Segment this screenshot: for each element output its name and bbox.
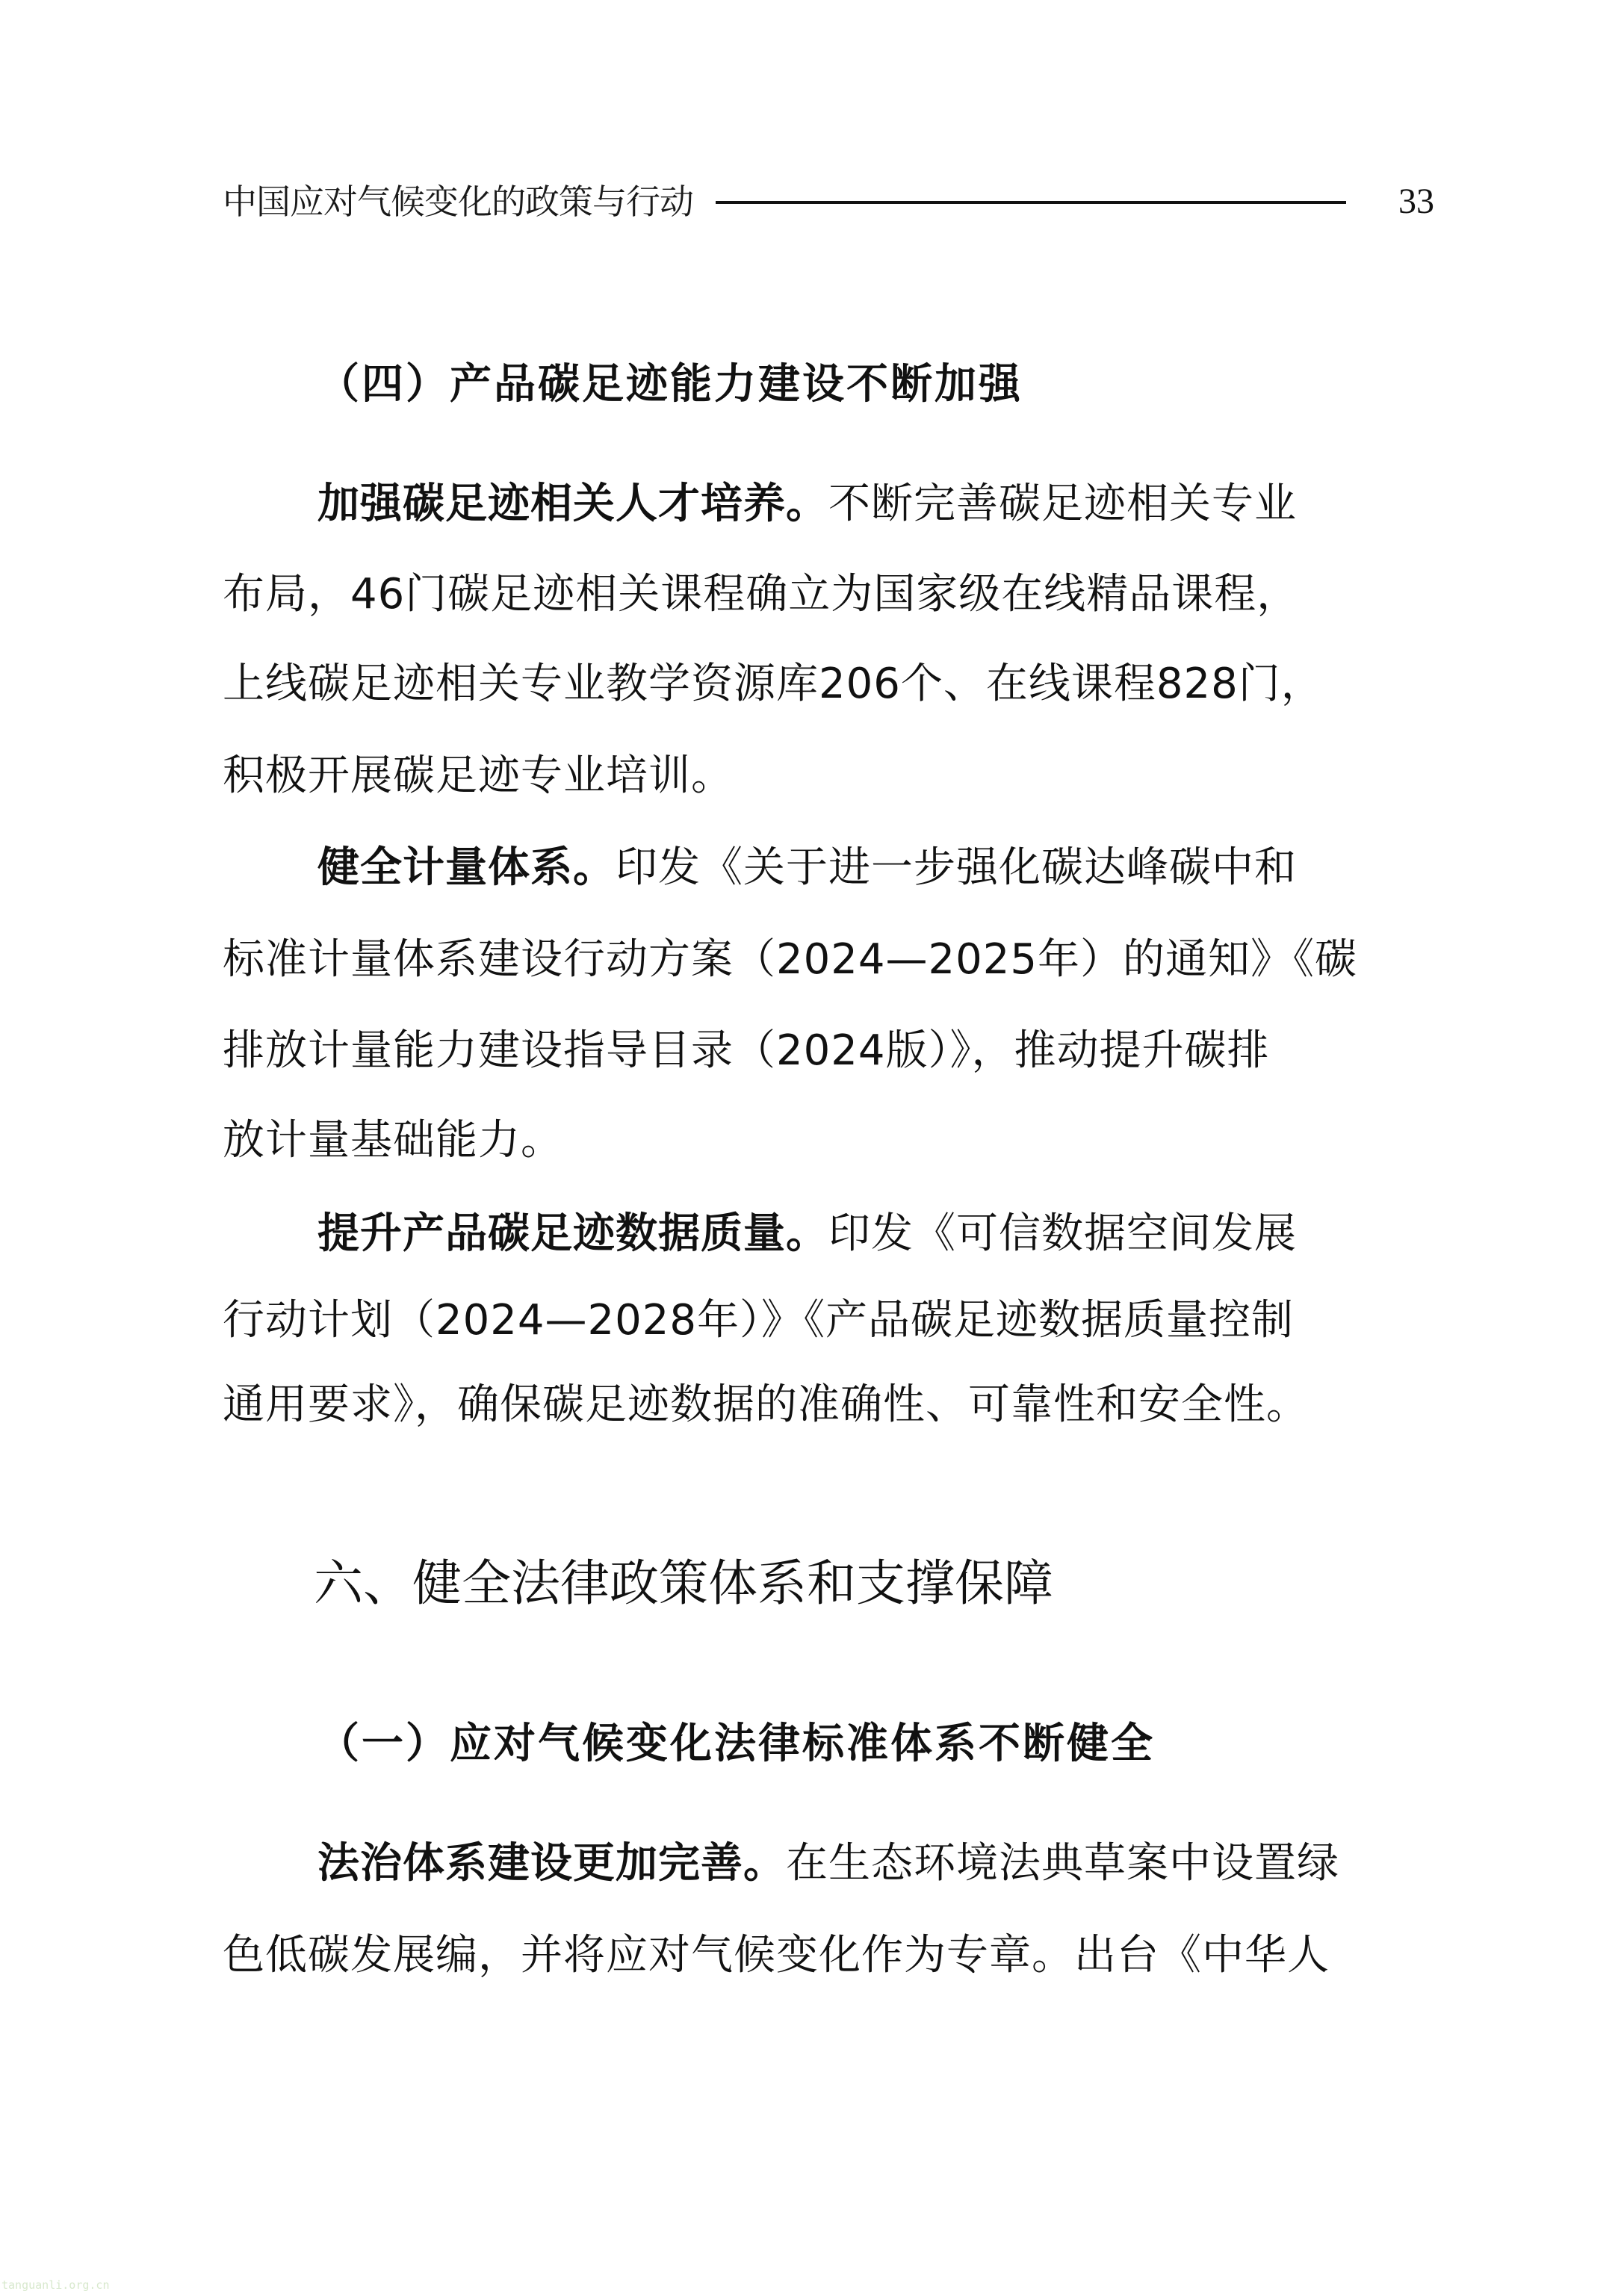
subsection-heading-4: （四）产品碳足迹能力建设不断加强 (317, 359, 1023, 411)
paragraph-text: 印发《可信数据空间发展 (828, 1209, 1297, 1258)
paragraph-line: 排放计量能力建设指导目录（2024版）》，推动提升碳排 (223, 1025, 1418, 1077)
page-number: 33 (1398, 179, 1434, 224)
paragraph-line: 标准计量体系建设行动方案（2024—2025年）的通知》《碳 (223, 934, 1418, 986)
paragraph-text: 不断完善碳足迹相关专业 (828, 480, 1297, 528)
paragraph-lead: 加强碳足迹相关人才培养。 (317, 480, 828, 528)
subsection-heading-1: （一）应对气候变化法律标准体系不断健全 (317, 1718, 1155, 1770)
paragraph-line: 加强碳足迹相关人才培养。不断完善碳足迹相关专业 (317, 478, 1513, 530)
paragraph-lead: 健全计量体系。 (317, 843, 616, 892)
paragraph-line: 布局，46门碳足迹相关课程确立为国家级在线精品课程， (223, 568, 1418, 621)
paragraph-line: 法治体系建设更加完善。在生态环境法典草案中设置绿 (317, 1838, 1513, 1890)
paragraph-line: 上线碳足迹相关专业教学资源库206个、在线课程828门， (223, 658, 1418, 710)
paragraph-line: 提升产品碳足迹数据质量。印发《可信数据空间发展 (317, 1208, 1513, 1260)
paragraph-lead: 提升产品碳足迹数据质量。 (317, 1209, 828, 1258)
header-rule (716, 201, 1346, 204)
watermark: tanguanli.org.cn (1, 2278, 110, 2292)
paragraph-text: 在生态环境法典草案中设置绿 (786, 1839, 1339, 1888)
paragraph-text: 印发《关于进一步强化碳达峰碳中和 (616, 843, 1297, 892)
paragraph-line: 色低碳发展编，并将应对气候变化作为专章。出台《中华人 (223, 1929, 1418, 1982)
paragraph-line: 积极开展碳足迹专业培训。 (223, 750, 1418, 802)
paragraph-line: 放计量基础能力。 (223, 1115, 1418, 1167)
paragraph-line: 行动计划（2024—2028年）》《产品碳足迹数据质量控制 (223, 1295, 1418, 1347)
paragraph-line: 健全计量体系。印发《关于进一步强化碳达峰碳中和 (317, 842, 1513, 894)
chapter-heading-6: 六、健全法律政策体系和支撑保障 (314, 1554, 1053, 1613)
paragraph-lead: 法治体系建设更加完善。 (317, 1839, 786, 1888)
running-header-title: 中国应对气候变化的政策与行动 (223, 179, 693, 224)
paragraph-line: 通用要求》，确保碳足迹数据的准确性、可靠性和安全性。 (223, 1379, 1418, 1431)
